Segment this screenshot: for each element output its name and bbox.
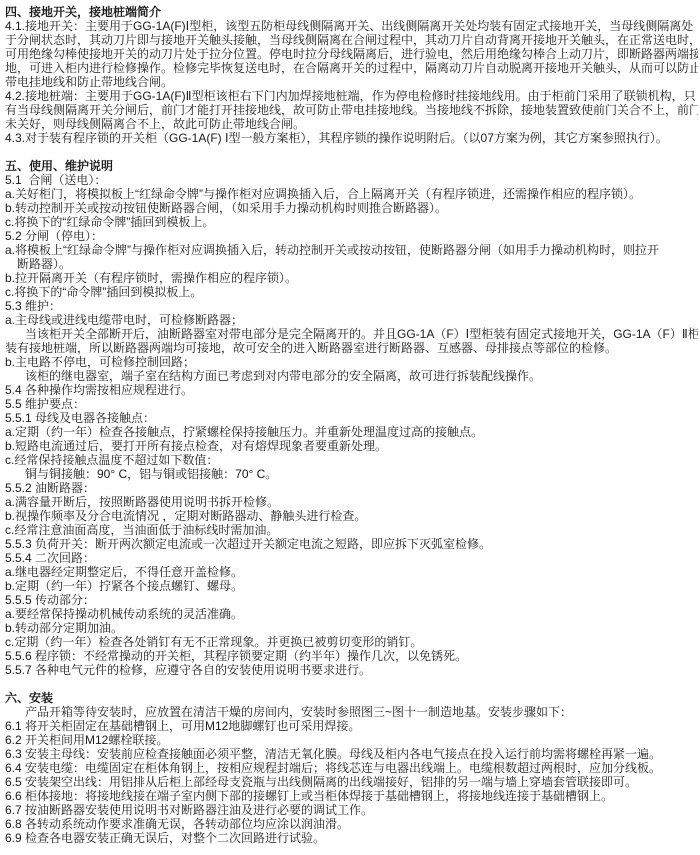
text-line: 断路器）。 <box>5 257 698 271</box>
text-line: 装有接地桩端，所以断路器两端均可接地，故可安全的进入断路器室进行断路器、互感器、… <box>5 341 698 355</box>
text-line: a.满容量开断后，按照断路器使用说明书拆开检修。 <box>5 495 698 509</box>
text-line: 5.1 合闸（送电）： <box>5 173 698 187</box>
text-line: 当该柜开关全部断开后，油断路器室对带电部分是完全隔离开的。并且GG-1A（F）Ⅰ… <box>5 327 698 341</box>
section-body: 5.1 合闸（送电）：a.关好柜门，将模拟板上“红绿命令牌”与操作柜对应调换插入… <box>5 173 698 677</box>
text-line: 带电挂地线和防止带地线合闸。 <box>5 75 698 89</box>
text-line: a.关好柜门，将模拟板上“红绿命令牌”与操作柜对应调换插入后，合上隔离开关（有程… <box>5 187 698 201</box>
text-line: 产品开箱等待安装时，应放置在清洁干燥的房间内，安装时参照图三~图十一制造地基。安… <box>5 705 698 719</box>
text-line: a.要经常保持操动机械传动系统的灵活准确。 <box>5 607 698 621</box>
text-line: 6.9 检查各电器安装正确无误后，对整个二次回路进行试验。 <box>5 831 698 845</box>
text-line: 5.5.5 传动部分： <box>5 593 698 607</box>
text-line: 6.3 安装主母线：安装前应检查接触面必须平整，清洁无氧化膜。母线及柜内各电气接… <box>5 747 698 761</box>
text-line: 5.5.3 负荷开关：断开两次额定电流或一次超过开关额定电流之短路，即应拆下灭弧… <box>5 537 698 551</box>
section-heading: 四、接地开关，接地桩端简介 <box>5 5 698 19</box>
text-line: b.拉开隔离开关（有程序锁时，需操作相应的程序锁）。 <box>5 271 698 285</box>
section-body: 产品开箱等待安装时，应放置在清洁干燥的房间内，安装时参照图三~图十一制造地基。安… <box>5 705 698 845</box>
text-line: b.转动控制开关或按动按钮使断路器合闸，（如采用手力操动机构时则推合断路器）。 <box>5 201 698 215</box>
text-line: 5.2 分闸（停电）： <box>5 229 698 243</box>
text-line: c.定期（约一年）检查各处销钉有无不正常现象。并更换已被剪切变形的销钉。 <box>5 635 698 649</box>
text-line: 于分闸状态时，其动刀片即与接地开关触头接触，当母线侧隔离在合闸过程中，其动刀片自… <box>5 33 698 47</box>
text-line: 可用绝缘勾棒使接地开关的动刀片处于拉分位置。停电时拉分母线隔离后，进行验电，然后… <box>5 47 698 61</box>
text-line: b.定期（约一年）拧紧各个接点螺钉、螺母。 <box>5 579 698 593</box>
text-line: 6.2 开关柜间用M12螺栓联接。 <box>5 733 698 747</box>
text-line: 该柜的继电器室，端子室在结构方面已考虑到对内带电部分的安全隔离，故可进行拆装配线… <box>5 369 698 383</box>
text-line: 6.1 将开关柜固定在基础槽钢上，可用M12地脚螺钉也可采用焊接。 <box>5 719 698 733</box>
text-line: 5.3 维护： <box>5 299 698 313</box>
text-line: b.主电路不停电，可检修控制回路； <box>5 355 698 369</box>
text-line: 5.5 维护要点： <box>5 397 698 411</box>
text-line: 5.5.6 程序锁：不经常操动的开关柜，其程序锁要定期（约半年）操作几次，以免锈… <box>5 649 698 663</box>
section-installation: 六、安装 产品开箱等待安装时，应放置在清洁干燥的房间内，安装时参照图三~图十一制… <box>5 691 698 845</box>
text-line: c.将换下的“红绿命令牌”插回到模板上。 <box>5 215 698 229</box>
text-line: 铜与铜接触：90° C，铝与铜或铝接触：70° C。 <box>5 467 698 481</box>
text-line: b.视操作频率及分合电流情况 ，定期对断路器动、静触头进行检查。 <box>5 509 698 523</box>
text-line: c.将换下的“命令牌”插回到模拟板上。 <box>5 285 698 299</box>
text-line: a.继电器经定期整定后，不得任意开盖检修。 <box>5 565 698 579</box>
text-line: a.主母线或进线电缆带电时，可检修断路器； <box>5 313 698 327</box>
text-line: c.经常保持接触点温度不超过如下数值： <box>5 453 698 467</box>
text-line: a.定期（约一年）检查各接触点，拧紧螺栓保持接触压力。并重新处理温度过高的接触点… <box>5 425 698 439</box>
text-line: 4.2.接地桩端：主要用于GG-1A(F)Ⅱ型柜该柜右下门内加焊接地桩端，作为停… <box>5 89 698 103</box>
text-line: 4.3.对于装有程序锁的开关柜（GG-1A(F) Ⅰ型一般方案柜），其程序锁的操… <box>5 131 698 145</box>
section-use-maintenance: 五、使用、维护说明 5.1 合闸（送电）：a.关好柜门，将模拟板上“红绿命令牌”… <box>5 159 698 677</box>
section-grounding-switch-intro: 四、接地开关，接地桩端简介 4.1.接地开关：主要用于GG-1A(F)Ⅰ型柜，该… <box>5 5 698 145</box>
text-line: 地，可进入柜内进行检修操作。检修完毕恢复送电时，在合隔离开关的过程中，隔离动刀片… <box>5 61 698 75</box>
text-line: b.转动部分定期加油。 <box>5 621 698 635</box>
text-line: 6.5 安装架空出线：用铝排从后柜上部经母支瓷瓶与出线侧隔离的出线端接好，铝排的… <box>5 775 698 789</box>
text-line: 5.5.4 二次回路： <box>5 551 698 565</box>
text-line: 未关好，则母线侧隔离合不上，故此可防止带地线合闸。 <box>5 117 698 131</box>
text-line: 6.8 各转动系统动作要求准确无误，各转动部位均应涂以润油滑。 <box>5 817 698 831</box>
text-line: 5.4 各种操作均需按相应规程进行。 <box>5 383 698 397</box>
document-page: 四、接地开关，接地桩端简介 4.1.接地开关：主要用于GG-1A(F)Ⅰ型柜，该… <box>0 0 700 855</box>
section-heading: 五、使用、维护说明 <box>5 159 698 173</box>
text-line: 5.5.7 各种电气元件的检修，应遵守各自的安装使用说明书要求进行。 <box>5 663 698 677</box>
text-line: 有当母线侧隔离开关分闸后，前门才能打开挂接地线，故可防止带电挂接地线。当接地线不… <box>5 103 698 117</box>
section-heading: 六、安装 <box>5 691 698 705</box>
section-body: 4.1.接地开关：主要用于GG-1A(F)Ⅰ型柜，该型五防柜母线侧隔离开关、出线… <box>5 19 698 145</box>
text-line: 5.5.2 油断路器： <box>5 481 698 495</box>
text-line: 6.7 按油断路器安装使用说明书对断路器注油及进行必要的调试工作。 <box>5 803 698 817</box>
text-line: b.短路电流通过后，要打开所有接点检查，对有熔焊现象者要重新处理。 <box>5 439 698 453</box>
text-line: 6.4 安装电缆：电缆固定在柜体角钢上，按相应规程封端后；将线芯连与电器出线端上… <box>5 761 698 775</box>
text-line: 5.5.1 母线及电器各接触点： <box>5 411 698 425</box>
text-line: a.将模板上“红绿命令牌”与操作柜对应调换插入后，转动控制开关或按动按钮，使断路… <box>5 243 698 257</box>
text-line: 4.1.接地开关：主要用于GG-1A(F)Ⅰ型柜，该型五防柜母线侧隔离开关、出线… <box>5 19 698 33</box>
text-line: c.经常注意油面高度，当油面低于油标线时需加油。 <box>5 523 698 537</box>
text-line: 6.6 柜体接地：将接地线接在端子室内侧下部的接螺钉上或当柜体焊接于基础槽钢上，… <box>5 789 698 803</box>
